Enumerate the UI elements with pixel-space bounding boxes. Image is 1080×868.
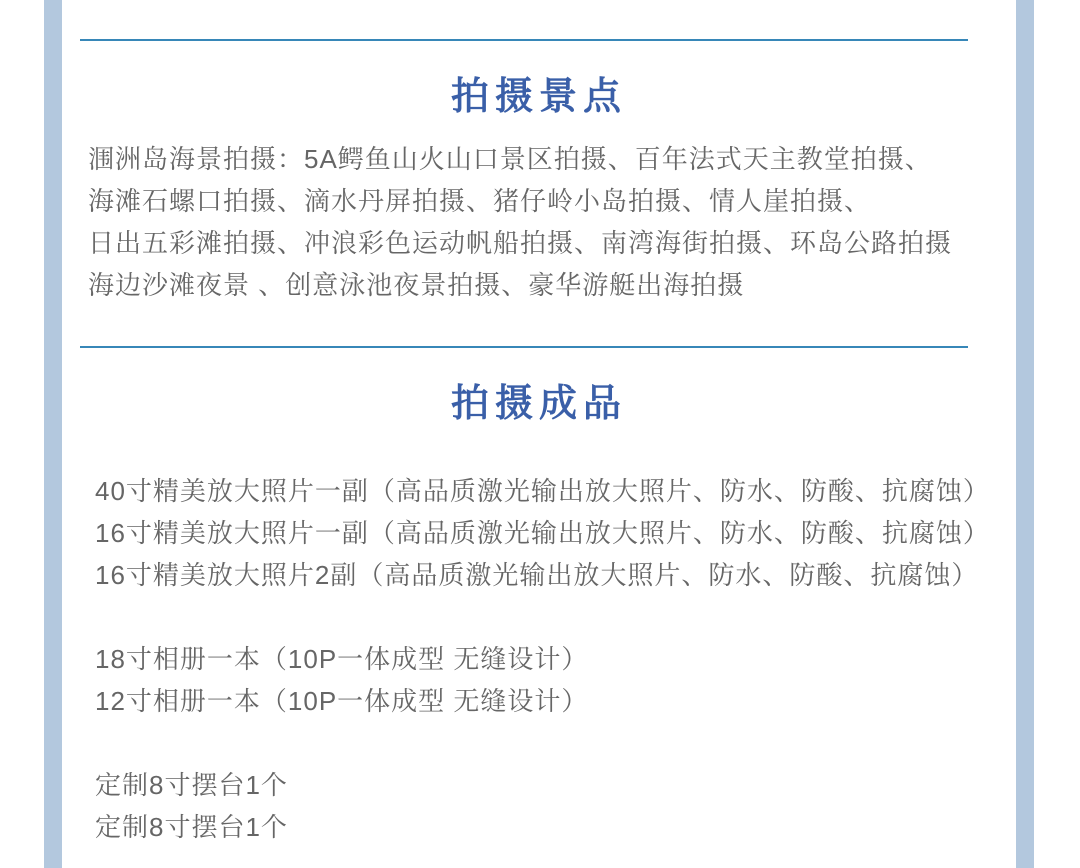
- right-border-bar: [1016, 0, 1034, 868]
- paragraph-line: 海滩石螺口拍摄、滴水丹屏拍摄、猪仔岭小岛拍摄、情人崖拍摄、: [88, 180, 1016, 222]
- finished-products-list: 40寸精美放大照片一副（高品质激光输出放大照片、防水、防酸、抗腐蚀）16寸精美放…: [62, 470, 1016, 848]
- shooting-locations-paragraph: 涠洲岛海景拍摄：5A鳄鱼山火山口景区拍摄、百年法式天主教堂拍摄、海滩石螺口拍摄、…: [62, 138, 1016, 306]
- section-title-shooting-locations: 拍摄景点: [62, 73, 1016, 121]
- product-line: 16寸精美放大照片2副（高品质激光输出放大照片、防水、防酸、抗腐蚀）: [95, 554, 1016, 596]
- section-divider-top: [80, 39, 968, 41]
- section-divider-middle: [80, 346, 968, 348]
- left-border-bar: [44, 0, 62, 868]
- product-line: 18寸相册一本（10P一体成型 无缝设计）: [95, 638, 1016, 680]
- product-line: 16寸精美放大照片一副（高品质激光输出放大照片、防水、防酸、抗腐蚀）: [95, 512, 1016, 554]
- page: 拍摄景点 涠洲岛海景拍摄：5A鳄鱼山火山口景区拍摄、百年法式天主教堂拍摄、海滩石…: [0, 0, 1080, 868]
- product-group: 18寸相册一本（10P一体成型 无缝设计）12寸相册一本（10P一体成型 无缝设…: [95, 638, 1016, 722]
- section-title-finished-products: 拍摄成品: [62, 380, 1016, 428]
- paragraph-line: 涠洲岛海景拍摄：5A鳄鱼山火山口景区拍摄、百年法式天主教堂拍摄、: [88, 138, 1016, 180]
- product-group: 40寸精美放大照片一副（高品质激光输出放大照片、防水、防酸、抗腐蚀）16寸精美放…: [95, 470, 1016, 596]
- paragraph-line: 海边沙滩夜景 、创意泳池夜景拍摄、豪华游艇出海拍摄: [88, 264, 1016, 306]
- product-line: 12寸相册一本（10P一体成型 无缝设计）: [95, 680, 1016, 722]
- content-area: 拍摄景点 涠洲岛海景拍摄：5A鳄鱼山火山口景区拍摄、百年法式天主教堂拍摄、海滩石…: [62, 0, 1016, 868]
- product-line: 40寸精美放大照片一副（高品质激光输出放大照片、防水、防酸、抗腐蚀）: [95, 470, 1016, 512]
- product-line: 定制8寸摆台1个: [95, 764, 1016, 806]
- product-group: 定制8寸摆台1个定制8寸摆台1个: [95, 764, 1016, 848]
- paragraph-line: 日出五彩滩拍摄、冲浪彩色运动帆船拍摄、南湾海街拍摄、环岛公路拍摄: [88, 222, 1016, 264]
- product-line: 定制8寸摆台1个: [95, 806, 1016, 848]
